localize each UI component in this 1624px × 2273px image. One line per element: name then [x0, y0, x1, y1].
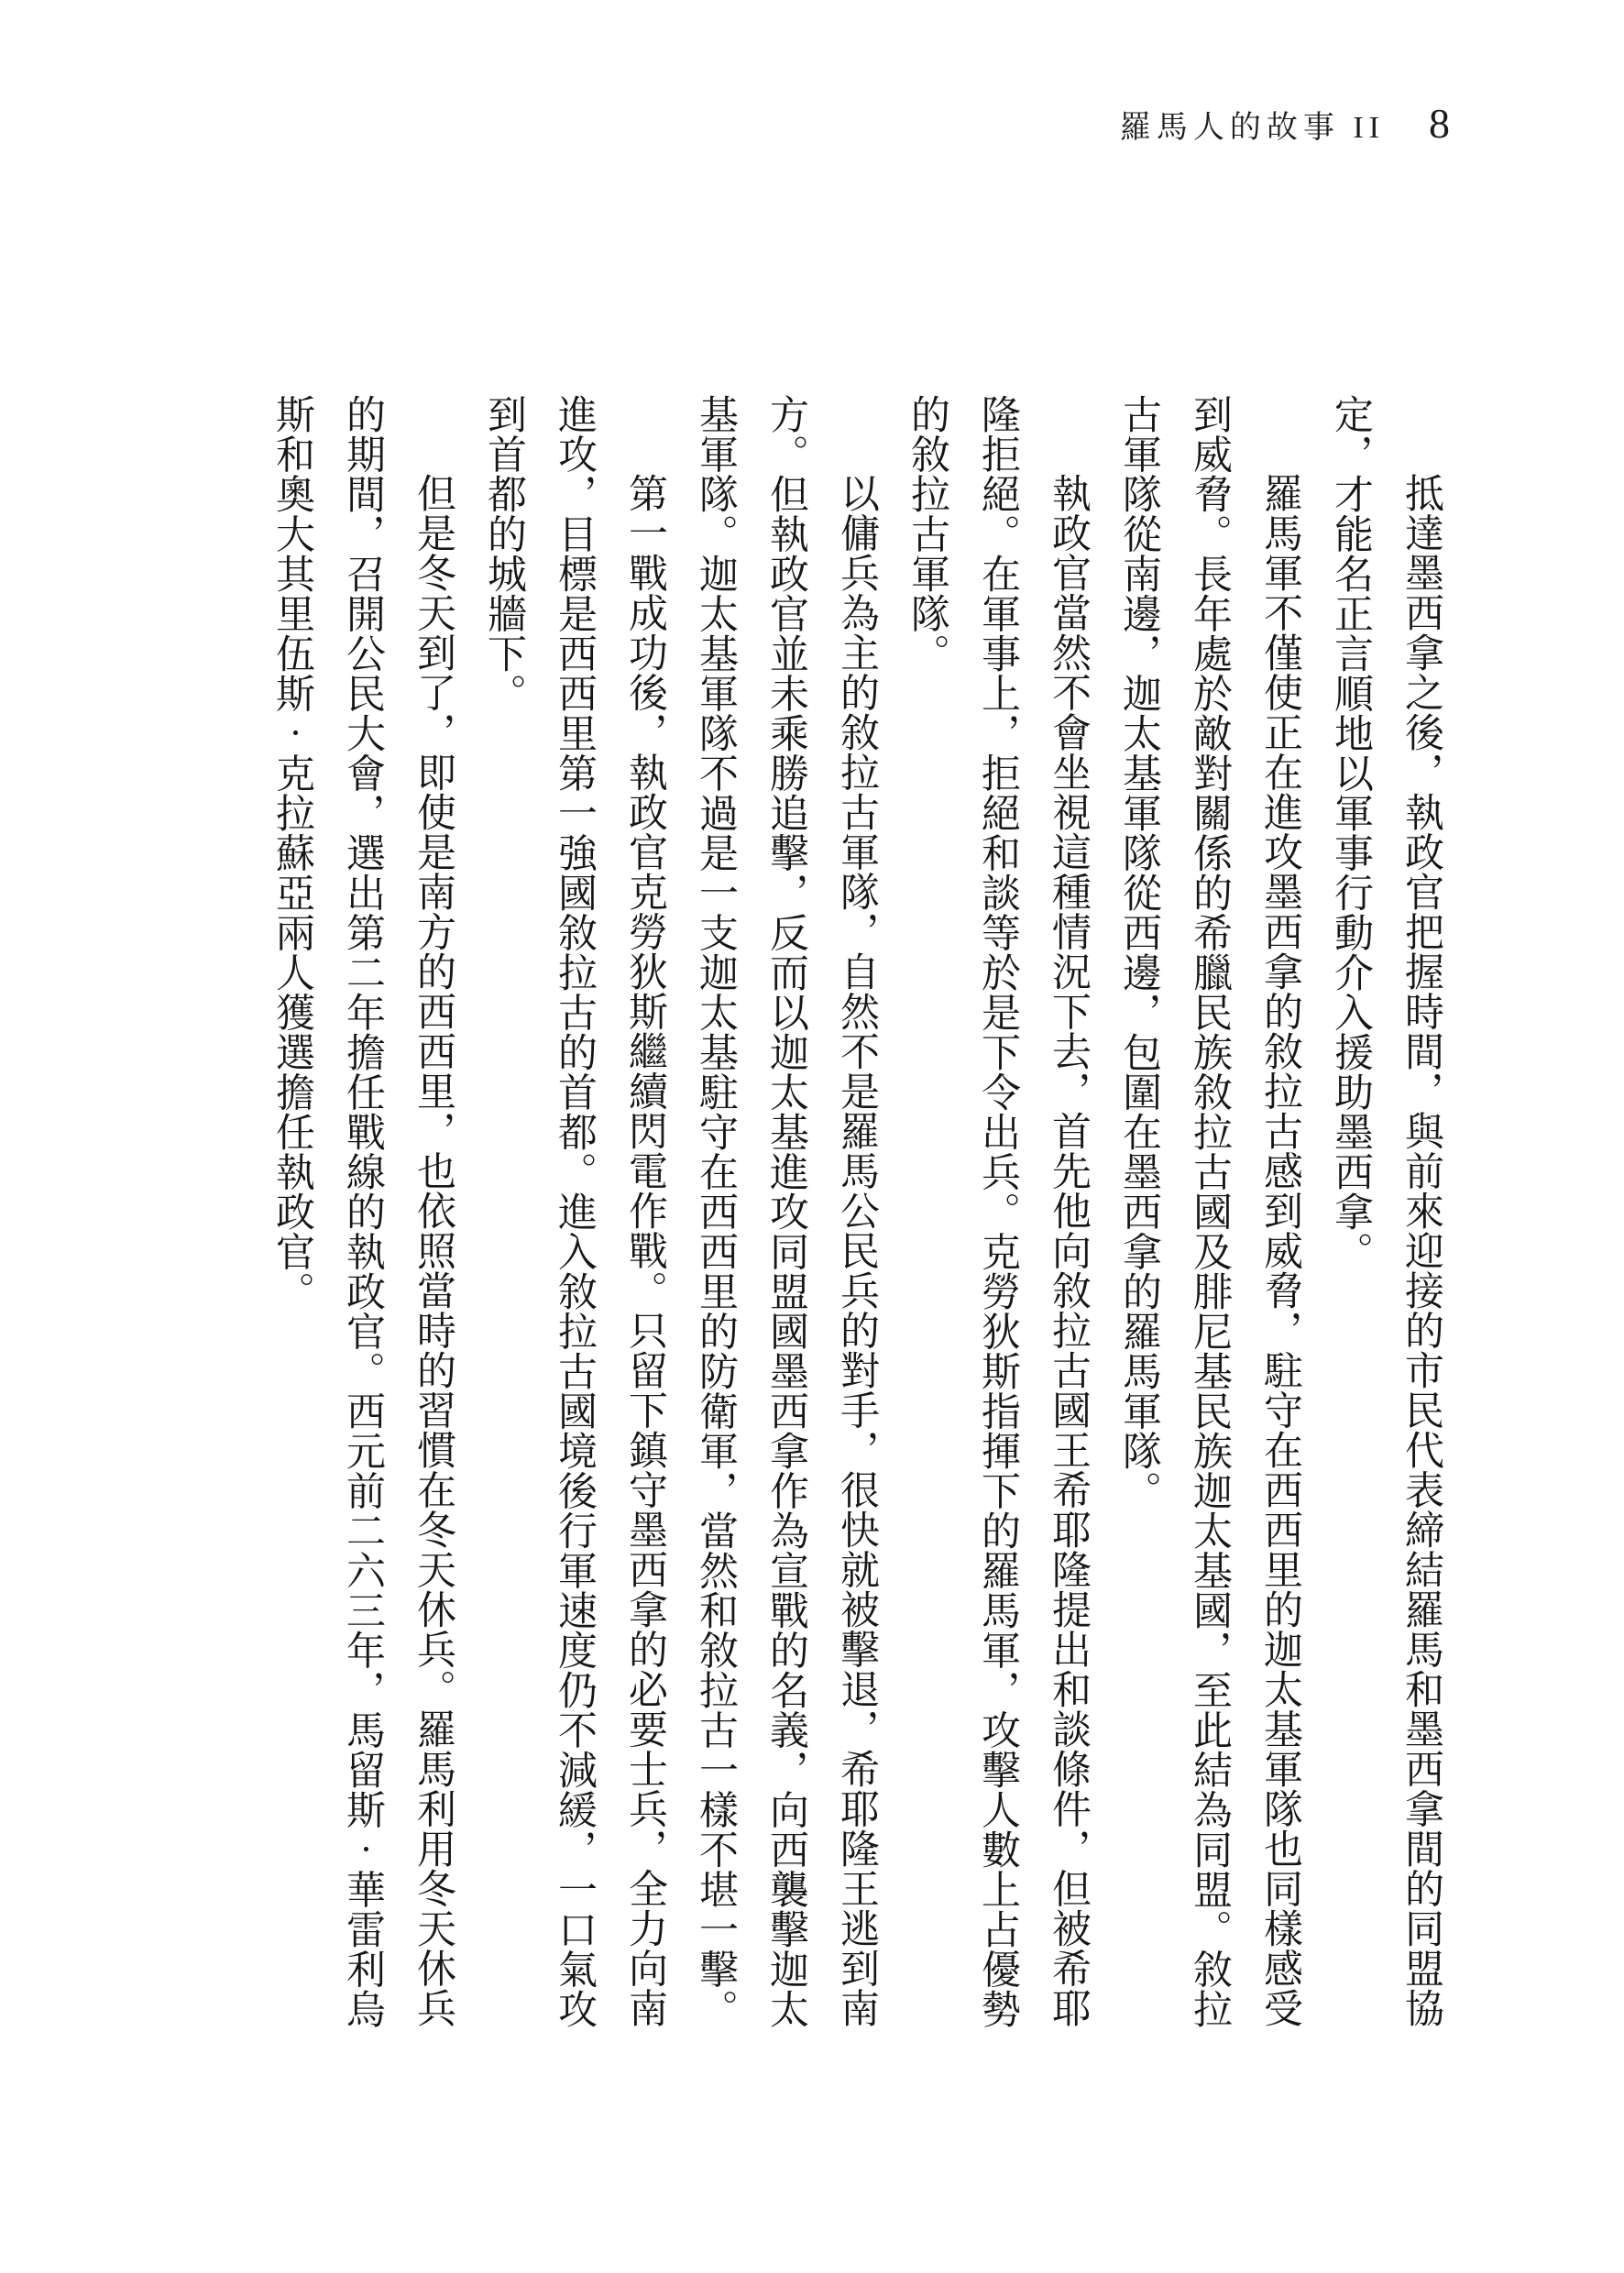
page-number: 8	[1429, 99, 1450, 148]
paragraph: 以傭兵為主的敘拉古軍隊，自然不是羅馬公民兵的對手，很快就被擊退，希耶隆王逃到南方…	[680, 394, 892, 2035]
body-text: 抵達墨西拿之後，執政官把握時間，與前來迎接的市民代表締結羅馬和墨西拿間的同盟協定…	[256, 394, 1456, 2035]
running-header: 羅馬人的故事 II 8	[1120, 99, 1450, 148]
paragraph: 但是冬天到了，即使是南方的西西里，也依照當時的習慣在冬天休兵。羅馬利用冬天休兵的…	[257, 394, 468, 2035]
paragraph: 羅馬軍不僅使正在進攻墨西拿的敘拉古感到威脅，駐守在西西里的迦太基軍隊也同樣感受到…	[1103, 394, 1315, 2035]
book-title: 羅馬人的故事 II	[1120, 102, 1385, 147]
paragraph: 抵達墨西拿之後，執政官把握時間，與前來迎接的市民代表締結羅馬和墨西拿間的同盟協定…	[1315, 394, 1456, 2035]
paragraph: 第一戰成功後，執政官克勞狄斯繼續閃電作戰。只留下鎮守墨西拿的必要士兵，全力向南進…	[468, 394, 680, 2035]
book-page: 羅馬人的故事 II 8 抵達墨西拿之後，執政官把握時間，與前來迎接的市民代表締結…	[0, 0, 1624, 2273]
paragraph: 執政官當然不會坐視這種情況下去，首先他向敘拉古國王希耶隆提出和談條件，但被希耶隆…	[892, 394, 1103, 2035]
